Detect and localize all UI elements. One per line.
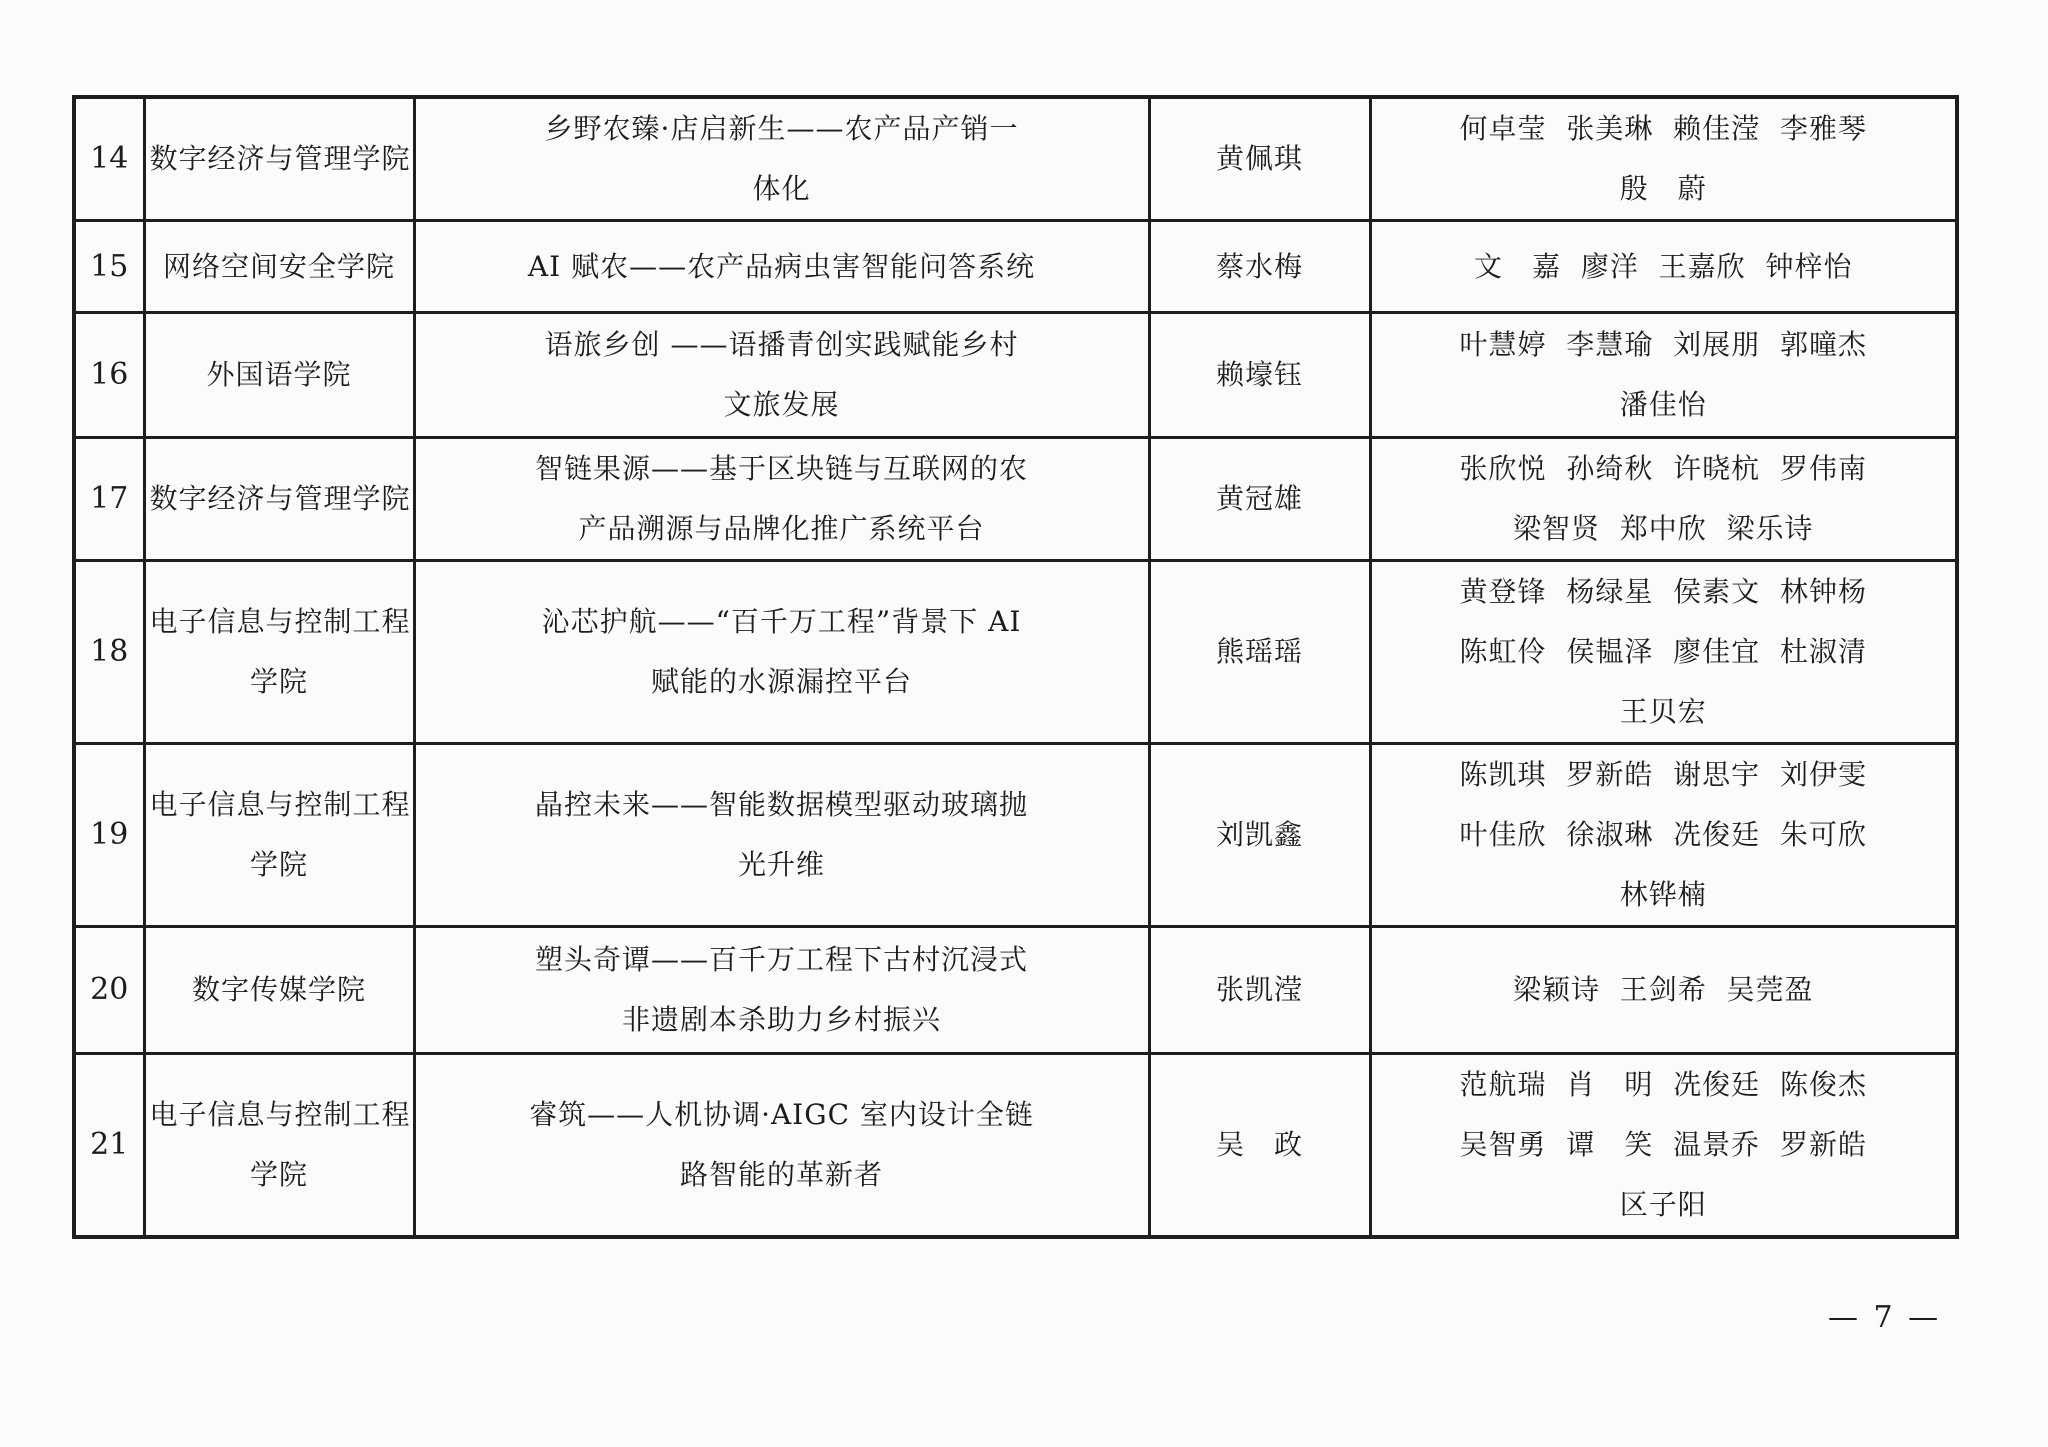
members-cell: 梁颖诗 王剑希 吴莞盈 [1370, 927, 1957, 1054]
members-cell: 范航瑞 肖 明 冼俊廷 陈俊杰 吴智勇 谭 笑 温景乔 罗新皓 区子阳 [1370, 1054, 1957, 1238]
members-cell: 文 嘉 廖洋 王嘉欣 钟梓怡 [1370, 221, 1957, 313]
college-name: 数字经济与管理学院 [150, 129, 409, 189]
row-number-cell: 19 [74, 744, 144, 927]
project-title-line: AI 赋农——农产品病虫害智能问答系统 [420, 237, 1144, 297]
project-title-cell: 智链果源——基于区块链与互联网的农 产品溯源与品牌化推广系统平台 [414, 438, 1149, 561]
members-line: 何卓莹 张美琳 赖佳滢 李雅琴 [1376, 99, 1952, 159]
leader-name: 刘凯鑫 [1155, 805, 1365, 865]
row-number-cell: 20 [74, 927, 144, 1054]
leader-name: 黄佩琪 [1155, 129, 1365, 189]
members-line: 陈虹伶 侯韫泽 廖佳宜 杜淑清 [1376, 622, 1952, 682]
table-row: 20 数字传媒学院 塑头奇谭——百千万工程下古村沉浸式 非遗剧本杀助力乡村振兴 … [74, 927, 1957, 1054]
project-title-cell: 晶控未来——智能数据模型驱动玻璃抛 光升维 [414, 744, 1149, 927]
project-title-line: 光升维 [420, 835, 1144, 895]
project-title-cell: 睿筑——人机协调·AIGC 室内设计全链 路智能的革新者 [414, 1054, 1149, 1238]
leader-name: 熊瑶瑶 [1155, 622, 1365, 682]
members-line: 梁颖诗 王剑希 吴莞盈 [1376, 960, 1952, 1020]
college-cell: 外国语学院 [144, 313, 414, 438]
table-row: 15 网络空间安全学院 AI 赋农——农产品病虫害智能问答系统 蔡水梅 文 嘉 … [74, 221, 1957, 313]
members-line: 黄登锋 杨绿星 侯素文 林钟杨 [1376, 562, 1952, 622]
leader-name: 蔡水梅 [1155, 237, 1365, 297]
project-title-cell: AI 赋农——农产品病虫害智能问答系统 [414, 221, 1149, 313]
document-page: 14 数字经济与管理学院 乡野农臻·店启新生——农产品产销一 体化 黄佩琪 何卓… [0, 0, 2048, 1447]
leader-cell: 刘凯鑫 [1149, 744, 1370, 927]
members-line: 张欣悦 孙绮秋 许晓杭 罗伟南 [1376, 439, 1952, 499]
leader-cell: 熊瑶瑶 [1149, 561, 1370, 744]
members-line: 文 嘉 廖洋 王嘉欣 钟梓怡 [1376, 237, 1952, 297]
project-title-line: 非遗剧本杀助力乡村振兴 [420, 990, 1144, 1050]
college-name: 数字经济与管理学院 [150, 469, 409, 529]
members-line: 林铧楠 [1376, 865, 1952, 925]
table-row: 21 电子信息与控制工程 学院 睿筑——人机协调·AIGC 室内设计全链 路智能… [74, 1054, 1957, 1238]
project-title-line: 沁芯护航——“百千万工程”背景下 AI [420, 592, 1144, 652]
row-number: 21 [80, 1115, 139, 1175]
row-number: 20 [80, 960, 139, 1020]
leader-cell: 黄冠雄 [1149, 438, 1370, 561]
project-title-line: 乡野农臻·店启新生——农产品产销一 [420, 99, 1144, 159]
college-cell: 数字经济与管理学院 [144, 97, 414, 221]
project-title-line: 赋能的水源漏控平台 [420, 652, 1144, 712]
members-cell: 黄登锋 杨绿星 侯素文 林钟杨 陈虹伶 侯韫泽 廖佳宜 杜淑清 王贝宏 [1370, 561, 1957, 744]
members-cell: 叶慧婷 李慧瑜 刘展朋 郭曈杰 潘佳怡 [1370, 313, 1957, 438]
members-line: 殷 蔚 [1376, 159, 1952, 219]
college-cell: 数字传媒学院 [144, 927, 414, 1054]
members-line: 陈凯琪 罗新皓 谢思宇 刘伊雯 [1376, 745, 1952, 805]
table-row: 16 外国语学院 语旅乡创 ——语播青创实践赋能乡村 文旅发展 赖壕钰 叶慧婷 … [74, 313, 1957, 438]
college-cell: 电子信息与控制工程 学院 [144, 744, 414, 927]
row-number: 15 [80, 237, 139, 297]
row-number: 19 [80, 805, 139, 865]
leader-cell: 吴 政 [1149, 1054, 1370, 1238]
page-number: — 7 — [1828, 1300, 1941, 1335]
project-title-line: 塑头奇谭——百千万工程下古村沉浸式 [420, 930, 1144, 990]
project-title-cell: 语旅乡创 ——语播青创实践赋能乡村 文旅发展 [414, 313, 1149, 438]
row-number-cell: 21 [74, 1054, 144, 1238]
college-cell: 电子信息与控制工程 学院 [144, 561, 414, 744]
project-title-line: 晶控未来——智能数据模型驱动玻璃抛 [420, 775, 1144, 835]
project-title-line: 产品溯源与品牌化推广系统平台 [420, 499, 1144, 559]
leader-name: 黄冠雄 [1155, 469, 1365, 529]
project-title-line: 文旅发展 [420, 375, 1144, 435]
table-row: 14 数字经济与管理学院 乡野农臻·店启新生——农产品产销一 体化 黄佩琪 何卓… [74, 97, 1957, 221]
row-number: 18 [80, 622, 139, 682]
row-number-cell: 14 [74, 97, 144, 221]
members-cell: 张欣悦 孙绮秋 许晓杭 罗伟南 梁智贤 郑中欣 梁乐诗 [1370, 438, 1957, 561]
project-title-line: 语旅乡创 ——语播青创实践赋能乡村 [420, 315, 1144, 375]
leader-name: 张凯滢 [1155, 960, 1365, 1020]
project-title-line: 体化 [420, 159, 1144, 219]
table-row: 19 电子信息与控制工程 学院 晶控未来——智能数据模型驱动玻璃抛 光升维 刘凯… [74, 744, 1957, 927]
college-name: 学院 [150, 835, 409, 895]
college-name: 电子信息与控制工程 [150, 1085, 409, 1145]
leader-cell: 赖壕钰 [1149, 313, 1370, 438]
college-name: 电子信息与控制工程 [150, 775, 409, 835]
college-name: 学院 [150, 1145, 409, 1205]
members-line: 范航瑞 肖 明 冼俊廷 陈俊杰 [1376, 1055, 1952, 1115]
project-title-cell: 塑头奇谭——百千万工程下古村沉浸式 非遗剧本杀助力乡村振兴 [414, 927, 1149, 1054]
college-name: 数字传媒学院 [150, 960, 409, 1020]
college-name: 电子信息与控制工程 [150, 592, 409, 652]
row-number-cell: 18 [74, 561, 144, 744]
row-number-cell: 16 [74, 313, 144, 438]
leader-name: 吴 政 [1155, 1115, 1365, 1175]
leader-name: 赖壕钰 [1155, 345, 1365, 405]
members-line: 区子阳 [1376, 1175, 1952, 1235]
members-line: 吴智勇 谭 笑 温景乔 罗新皓 [1376, 1115, 1952, 1175]
project-title-cell: 乡野农臻·店启新生——农产品产销一 体化 [414, 97, 1149, 221]
project-roster-table: 14 数字经济与管理学院 乡野农臻·店启新生——农产品产销一 体化 黄佩琪 何卓… [72, 95, 1959, 1239]
members-line: 潘佳怡 [1376, 375, 1952, 435]
college-name: 外国语学院 [150, 345, 409, 405]
members-line: 叶佳欣 徐淑琳 冼俊廷 朱可欣 [1376, 805, 1952, 865]
members-line: 叶慧婷 李慧瑜 刘展朋 郭曈杰 [1376, 315, 1952, 375]
college-name: 网络空间安全学院 [150, 237, 409, 297]
table-row: 17 数字经济与管理学院 智链果源——基于区块链与互联网的农 产品溯源与品牌化推… [74, 438, 1957, 561]
college-cell: 电子信息与控制工程 学院 [144, 1054, 414, 1238]
leader-cell: 张凯滢 [1149, 927, 1370, 1054]
college-name: 学院 [150, 652, 409, 712]
leader-cell: 黄佩琪 [1149, 97, 1370, 221]
project-title-line: 睿筑——人机协调·AIGC 室内设计全链 [420, 1085, 1144, 1145]
row-number: 16 [80, 345, 139, 405]
project-title-cell: 沁芯护航——“百千万工程”背景下 AI 赋能的水源漏控平台 [414, 561, 1149, 744]
row-number-cell: 15 [74, 221, 144, 313]
project-title-line: 路智能的革新者 [420, 1145, 1144, 1205]
members-cell: 何卓莹 张美琳 赖佳滢 李雅琴 殷 蔚 [1370, 97, 1957, 221]
college-cell: 网络空间安全学院 [144, 221, 414, 313]
members-line: 王贝宏 [1376, 682, 1952, 742]
project-title-line: 智链果源——基于区块链与互联网的农 [420, 439, 1144, 499]
row-number: 17 [80, 469, 139, 529]
row-number: 14 [80, 129, 139, 189]
table-row: 18 电子信息与控制工程 学院 沁芯护航——“百千万工程”背景下 AI 赋能的水… [74, 561, 1957, 744]
row-number-cell: 17 [74, 438, 144, 561]
members-cell: 陈凯琪 罗新皓 谢思宇 刘伊雯 叶佳欣 徐淑琳 冼俊廷 朱可欣 林铧楠 [1370, 744, 1957, 927]
members-line: 梁智贤 郑中欣 梁乐诗 [1376, 499, 1952, 559]
college-cell: 数字经济与管理学院 [144, 438, 414, 561]
leader-cell: 蔡水梅 [1149, 221, 1370, 313]
